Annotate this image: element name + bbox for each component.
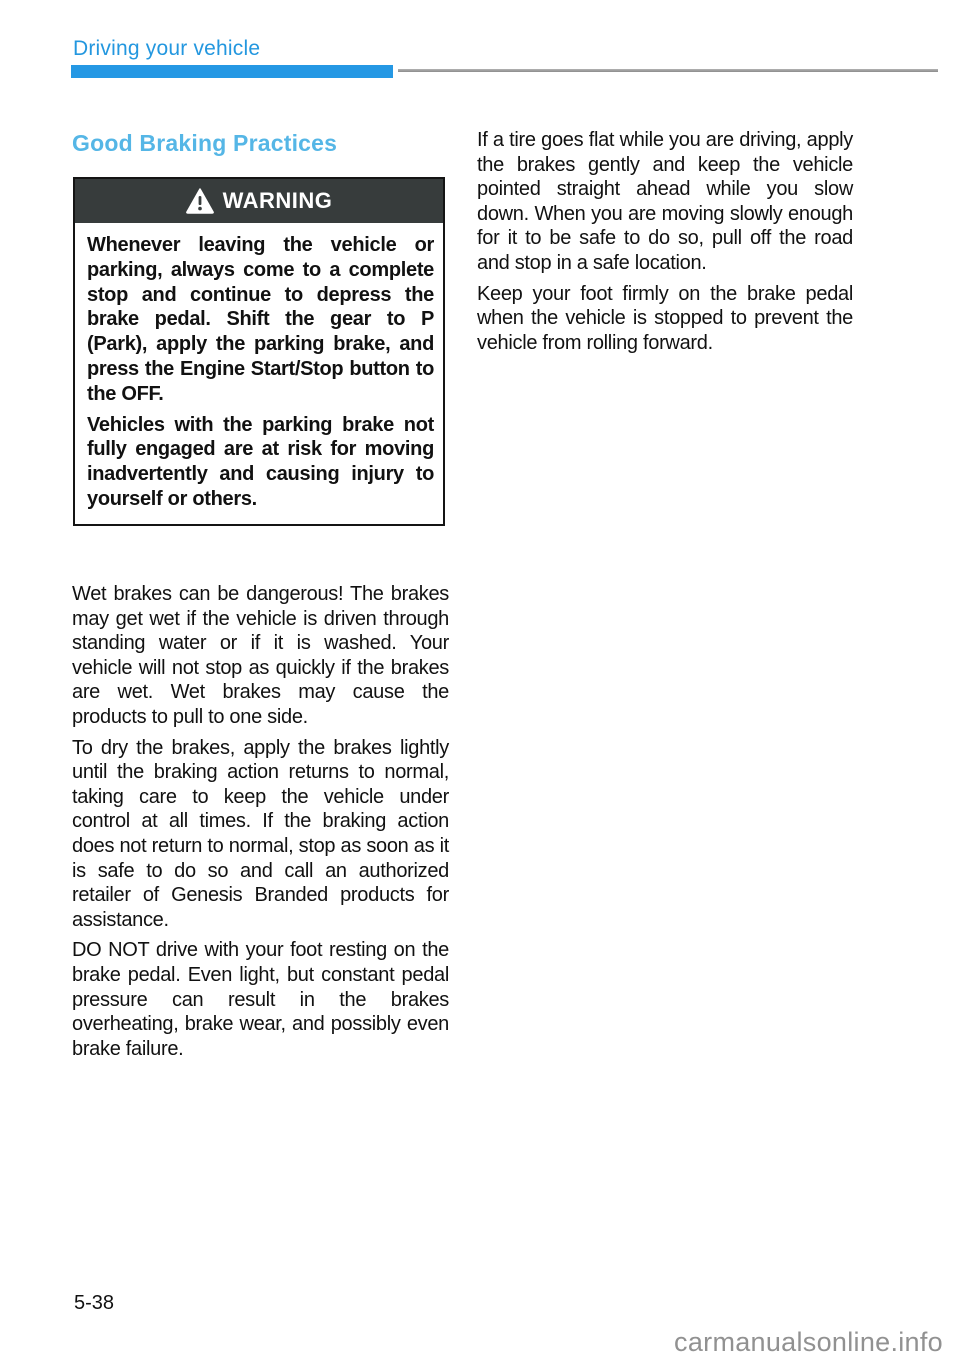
page-title: Good Braking Practices [72, 130, 337, 157]
watermark-text: carmanualsonline.info [674, 1327, 943, 1358]
body-column-left: Wet brakes can be dangerous! The brakes … [72, 582, 449, 1067]
paragraph: Keep your foot firmly on the brake pedal… [477, 282, 853, 356]
chapter-title: Driving your vehicle [73, 37, 260, 61]
paragraph: DO NOT drive with your foot resting on t… [72, 938, 449, 1061]
header-divider-rule [398, 69, 938, 72]
warning-label: WARNING [223, 188, 333, 214]
manual-page: Driving your vehicle Good Braking Practi… [0, 0, 960, 1362]
paragraph: To dry the brakes, apply the brakes ligh… [72, 736, 449, 933]
warning-box-header: WARNING [75, 179, 443, 223]
paragraph: Vehicles with the parking brake not full… [87, 413, 434, 512]
paragraph: Whenever leaving the vehicle or parking,… [87, 233, 434, 407]
warning-text: Whenever leaving the vehicle or parking,… [75, 223, 443, 524]
body-column-right: If a tire goes flat while you are drivin… [477, 128, 853, 361]
chapter-underline-bar [71, 65, 393, 78]
warning-box: WARNING Whenever leaving the vehicle or … [73, 177, 445, 526]
paragraph: If a tire goes flat while you are drivin… [477, 128, 853, 276]
warning-triangle-icon [186, 188, 214, 214]
page-number: 5-38 [74, 1292, 114, 1315]
paragraph: Wet brakes can be dangerous! The brakes … [72, 582, 449, 730]
